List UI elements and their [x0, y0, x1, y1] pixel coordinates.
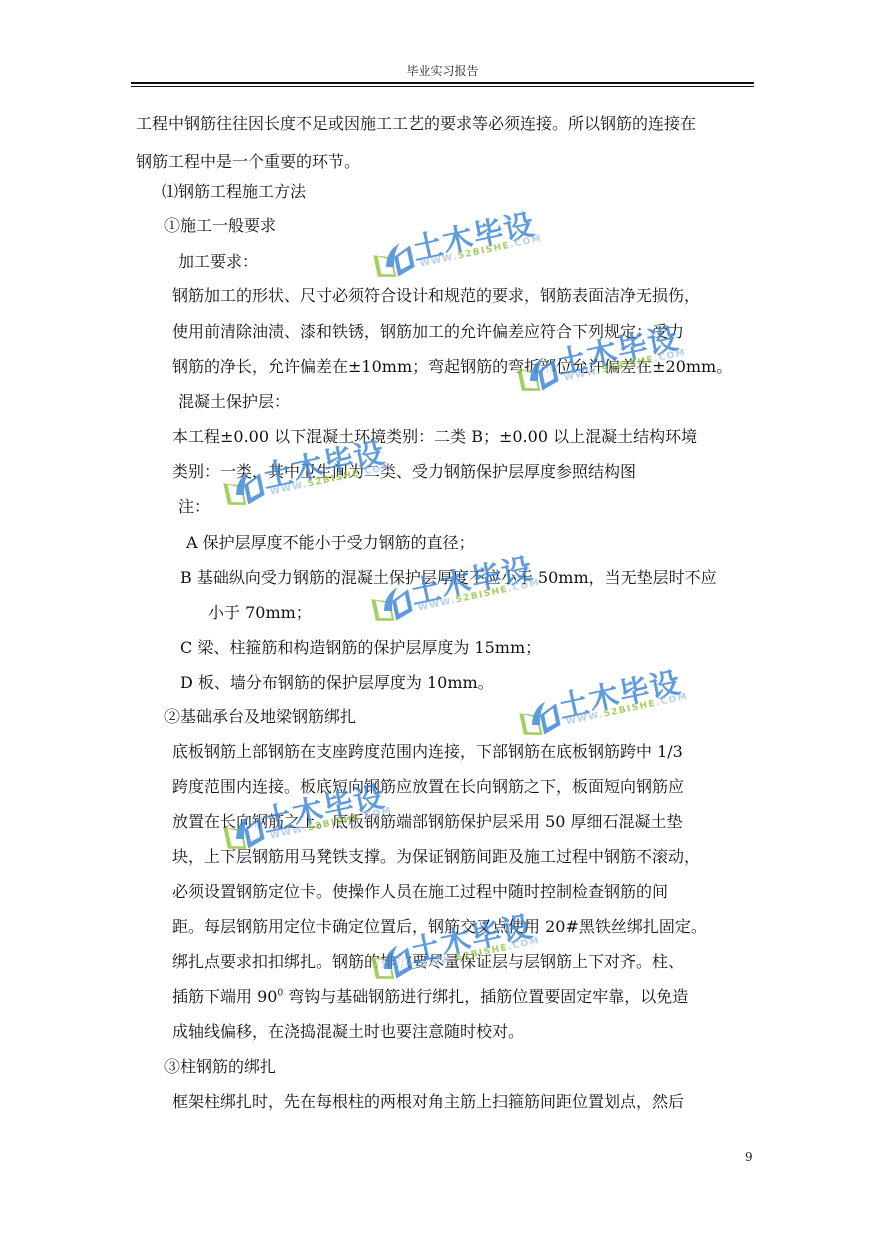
book-logo-icon — [370, 239, 421, 283]
text-line: B 基础纵向受力钢筋的混凝土保护层厚度不应小于 50mm，当无垫层时不应 — [180, 568, 717, 588]
watermark-url: WWW.52BISHE.COM — [565, 692, 689, 728]
header-rule — [131, 82, 754, 87]
text-line: 注： — [178, 497, 210, 517]
text-line: 底板钢筋上部钢筋在支座跨度范围内连接，下部钢筋在底板钢筋跨中 1/3 — [172, 742, 683, 762]
text-line: 绑扎点要求扣扣绑扎。钢筋的排放要尽量保证层与层钢筋上下对齐。柱、 — [172, 952, 684, 972]
url-suffix: .COM — [509, 234, 543, 251]
text-line: 距。每层钢筋用定位卡确定位置后，钢筋交叉点使用 20#黑铁丝绑扎固定。 — [172, 917, 707, 937]
book-logo-icon — [368, 583, 419, 627]
text-line: A 保护层厚度不能小于受力钢筋的直径； — [186, 533, 475, 553]
text-line: D 板、墙分布钢筋的保护层厚度为 10mm。 — [180, 673, 494, 693]
text-line: 块，上下层钢筋用马凳铁支撑。为保证钢筋间距及施工过程中钢筋不滚动， — [172, 847, 700, 867]
text-line: ①施工一般要求 — [164, 216, 276, 236]
text-line: 使用前清除油渍、漆和铁锈，钢筋加工的允许偏差应符合下列规定：受力 — [172, 322, 684, 342]
url-prefix: WWW. — [419, 252, 459, 270]
document-page: 毕业实习报告 工程中钢筋往往因长度不足或因施工工艺的要求等必须连接。所以钢筋的连… — [0, 0, 886, 1253]
text-line: C 梁、柱箍筋和构造钢筋的保护层厚度为 15mm； — [180, 638, 541, 658]
url-prefix: WWW. — [417, 596, 457, 614]
text-line: 框架柱绑扎时，先在每根柱的两根对角主筋上扫箍筋间距位置划点，然后 — [172, 1092, 684, 1112]
url-highlight: 52BISHE — [457, 241, 511, 262]
text-segment: 弯钩与基础钢筋进行绑扎，插筋位置要固定牢靠，以免造 — [283, 987, 688, 1006]
text-line: 混凝土保护层： — [178, 392, 290, 412]
url-highlight: 52BISHE — [603, 699, 657, 720]
text-line: 插筋下端用 900 弯钩与基础钢筋进行绑扎，插筋位置要固定牢靠，以免造 — [172, 987, 688, 1007]
url-suffix: .COM — [507, 936, 541, 953]
text-line: 加工要求： — [178, 252, 258, 272]
text-line: 钢筋加工的形状、尺寸必须符合设计和规范的要求，钢筋表面洁净无损伤， — [172, 286, 700, 306]
text-line: 跨度范围内连接。板底短向钢筋应放置在长向钢筋之下，板面短向钢筋应 — [172, 777, 684, 797]
text-segment: 插筋下端用 90 — [172, 987, 277, 1006]
watermark-text: 土木毕设 — [408, 200, 538, 269]
watermark-text: 土木毕设 — [554, 658, 684, 727]
text-line: 钢筋的净长，允许偏差在±10mm；弯起钢筋的弯折部位允许偏差在±20mm。 — [172, 357, 732, 377]
running-header: 毕业实习报告 — [131, 62, 754, 79]
page-number: 9 — [745, 1150, 753, 1164]
text-line: 工程中钢筋往往因长度不足或因施工工艺的要求等必须连接。所以钢筋的连接在 — [136, 114, 696, 134]
watermark-url: WWW.52BISHE.COM — [419, 234, 543, 270]
text-line: ②基础承台及地梁钢筋绑扎 — [164, 707, 356, 727]
text-line: 类别：一类，其中卫生间为二类、受力钢筋保护层厚度参照结构图 — [172, 462, 636, 482]
book-logo-icon — [516, 697, 567, 741]
text-line: ③柱钢筋的绑扎 — [164, 1057, 276, 1077]
text-line: 成轴线偏移，在浇捣混凝土时也要注意随时校对。 — [172, 1022, 524, 1042]
url-prefix: WWW. — [565, 710, 605, 728]
text-line: 钢筋工程中是一个重要的环节。 — [136, 152, 360, 172]
url-suffix: .COM — [655, 692, 689, 709]
text-line: 放置在长向钢筋之上。底板钢筋端部钢筋保护层采用 50 厚细石混凝土垫 — [172, 812, 683, 832]
text-line: 本工程±0.00 以下混凝土环境类别：二类 B；±0.00 以上混凝土结构环境 — [172, 427, 697, 447]
text-line: 必须设置钢筋定位卡。使操作人员在施工过程中随时控制检查钢筋的间 — [172, 882, 668, 902]
url-prefix: WWW. — [269, 480, 309, 498]
text-line: ⑴钢筋工程施工方法 — [162, 182, 306, 202]
text-line: 小于 70mm； — [208, 603, 312, 623]
